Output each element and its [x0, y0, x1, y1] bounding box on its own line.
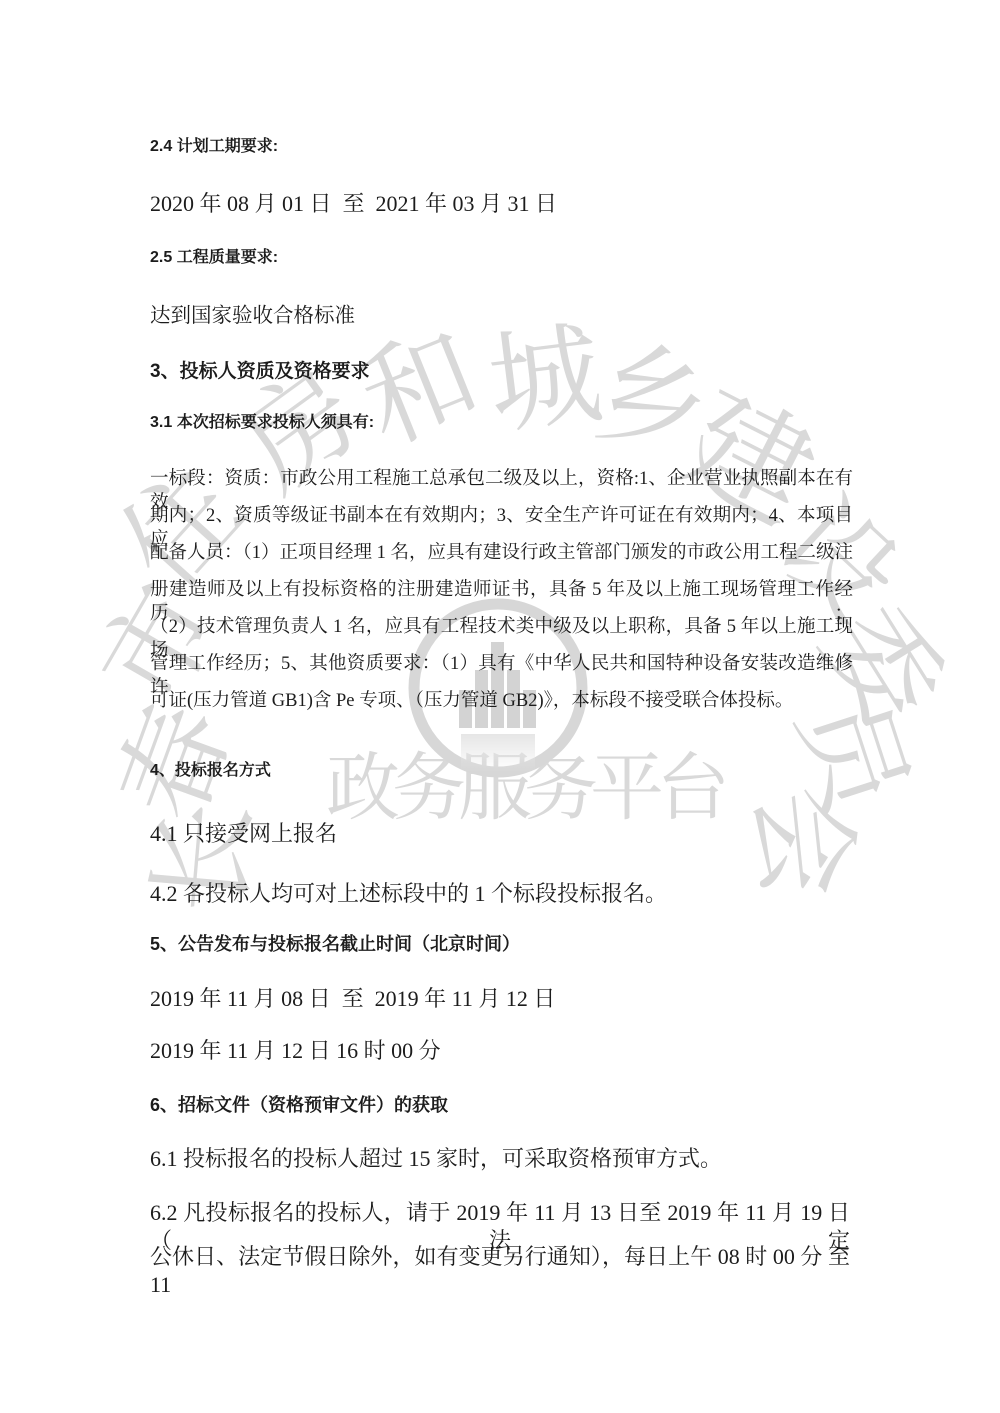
construction-period-dates: 2020 年 08 月 01 日 至 2021 年 03 月 31 日: [150, 190, 557, 218]
item-6-1: 6.1 投标报名的投标人超过 15 家时，可采取资格预审方式。: [150, 1145, 722, 1173]
item-4-1: 4.1 只接受网上报名: [150, 820, 337, 848]
announcement-period-dates: 2019 年 11 月 08 日 至 2019 年 11 月 12 日: [150, 985, 555, 1013]
heading-4: 4、投标报名方式: [150, 760, 271, 782]
heading-2-5: 2.5 工程质量要求:: [150, 247, 278, 269]
qualification-paragraph-line-7: 可证(压力管道 GB1)含 Pe 专项、（压力管道 GB2)》，本标段不接受联合…: [150, 689, 793, 713]
heading-3-1: 3.1 本次招标要求投标人须具有:: [150, 412, 374, 434]
heading-3: 3、投标人资质及资格要求: [150, 359, 370, 384]
quality-standard-text: 达到国家验收合格标准: [150, 303, 355, 329]
item-6-2-line-2: 公休日、法定节假日除外，如有变更另行通知），每日上午 08 时 00 分 至 1…: [150, 1243, 850, 1299]
qualification-paragraph-line-3: 配备人员：（1）正项目经理 1 名，应具有建设行政主管部门颁发的市政公用工程二级…: [150, 541, 853, 565]
heading-5: 5、公告发布与投标报名截止时间（北京时间）: [150, 932, 520, 956]
item-4-2: 4.2 各投标人均可对上述标段中的 1 个标段投标报名。: [150, 880, 667, 908]
registration-deadline: 2019 年 11 月 12 日 16 时 00 分: [150, 1037, 441, 1065]
heading-6: 6、招标文件（资格预审文件）的获取: [150, 1093, 448, 1117]
document-text: 2.4 计划工期要求: 2020 年 08 月 01 日 至 2021 年 03…: [0, 0, 1000, 1413]
document-page: 长 春 市 住 房 和 城 乡 建 设 委 员 会 政务服务平台: [0, 0, 1000, 1413]
heading-2-4: 2.4 计划工期要求:: [150, 136, 278, 158]
